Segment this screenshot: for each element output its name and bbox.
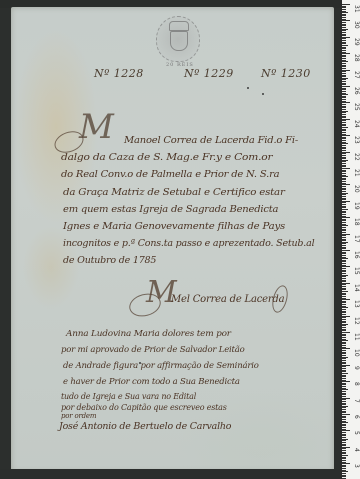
measurement-ruler: 3130292827262524232221201918171615141312… xyxy=(340,0,360,479)
registry-number-2: Nº 1229 xyxy=(184,67,234,80)
ruler-label: 9 xyxy=(353,366,360,370)
certificate-line-2: dalgo da Caza de S. Mag.e Fr.y e Com.or xyxy=(61,152,272,163)
ruler-label: 24 xyxy=(353,120,360,128)
certificate-line-3: do Real Conv.o de Palmella e Prior de N.… xyxy=(61,169,279,180)
certificate-line-1: Manoel Correa de Lacerda Fid.o Fi- xyxy=(124,135,298,146)
ruler-label: 23 xyxy=(353,136,360,144)
shield-icon xyxy=(170,31,188,51)
ruler-label: 31 xyxy=(353,5,360,13)
ruler-label: 20 xyxy=(353,185,360,193)
annotation-line-2: por mi aprovado de Prior de Salvador Lei… xyxy=(61,345,245,355)
certificate-date: de Outubro de 1785 xyxy=(63,255,156,266)
ruler-label: 30 xyxy=(353,21,360,29)
ruler-label: 22 xyxy=(353,153,360,161)
annotation-line-4: e haver de Prior com todo a Sua Benedict… xyxy=(63,377,240,387)
annotation-signature: José Antonio de Bertuelo de Carvalho xyxy=(59,422,231,432)
certificate-line-6: Ignes e Maria Genovevamente filhas de Pa… xyxy=(63,221,285,232)
ruler-label: 5 xyxy=(353,431,360,435)
ruler-label: 11 xyxy=(353,333,360,341)
ruler-label: 4 xyxy=(353,448,360,452)
ruler-label: 14 xyxy=(353,284,360,292)
annotation-line-3: de Andrade figura por affirmação de Semi… xyxy=(63,361,259,371)
signature-rubric xyxy=(270,284,291,315)
annotation-line-6: por debaixo do Capitão que escreveo esta… xyxy=(61,403,227,412)
ink-speck xyxy=(139,362,141,364)
scanner-frame-bottom xyxy=(0,469,340,479)
ruler-label: 6 xyxy=(353,415,360,419)
certificate-line-7: incognitos e p.ª Cons.ta passo e aprezen… xyxy=(63,238,314,249)
coat-of-arms-stamp-icon xyxy=(156,16,200,62)
ruler-label: 16 xyxy=(353,251,360,259)
ruler-label: 17 xyxy=(353,235,360,243)
crown-icon xyxy=(169,21,189,31)
ruler-label: 18 xyxy=(353,218,360,226)
ruler-label: 21 xyxy=(353,169,360,177)
ruler-label: 13 xyxy=(353,300,360,308)
certificate-line-4: da Graça Matriz de Setubal e Certifico e… xyxy=(63,187,285,198)
registry-number-1: Nº 1228 xyxy=(94,67,144,80)
ruler-label: 19 xyxy=(353,202,360,210)
certificate-line-5: em quem estas Igreja de Sagrada Benedict… xyxy=(63,204,278,215)
annotation-line-7: por ordem xyxy=(61,412,96,420)
ruler-label: 8 xyxy=(353,382,360,386)
annotation-line-1: Anna Ludovina Maria dolores tem por xyxy=(66,329,231,339)
ruler-label: 25 xyxy=(353,103,360,111)
ruler-label: 28 xyxy=(353,54,360,62)
ruler-label: 7 xyxy=(353,399,360,403)
ink-speck xyxy=(262,93,264,95)
ruler-label: 26 xyxy=(353,87,360,95)
ruler-label: 3 xyxy=(353,464,360,468)
annotation-line-5: tudo de Igreja e Sua vara no Edital xyxy=(61,392,196,401)
ruler-label: 12 xyxy=(353,317,360,325)
ink-speck xyxy=(247,87,249,89)
ruler-label: 10 xyxy=(353,349,360,357)
decorative-initial: M xyxy=(79,107,114,147)
signature: Mel Correa de Lacerda xyxy=(171,294,284,305)
ruler-label: 29 xyxy=(353,38,360,46)
ruler-label: 27 xyxy=(353,71,360,79)
manuscript-page: 20 RÉIS Nº 1228 Nº 1229 Nº 1230 M Manoel… xyxy=(11,7,334,472)
registry-number-3: Nº 1230 xyxy=(261,67,311,80)
ruler-label: 15 xyxy=(353,267,360,275)
